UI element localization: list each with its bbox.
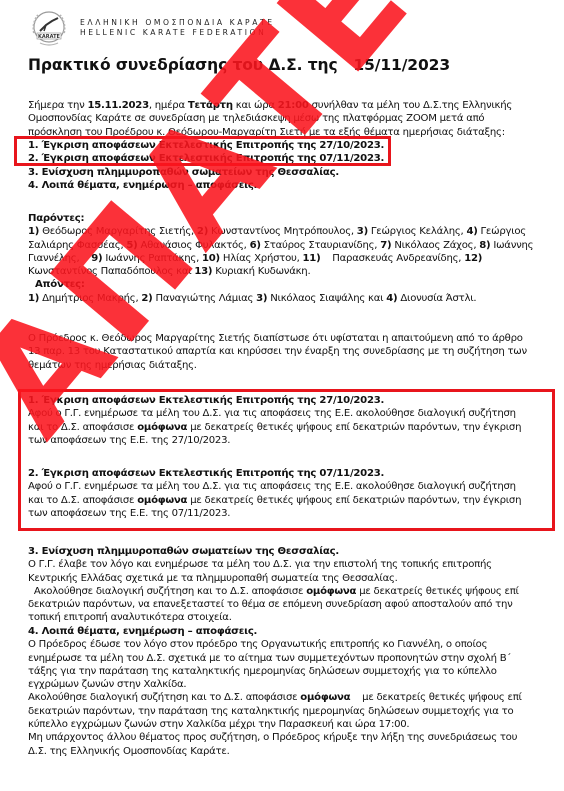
item-4-line: Ο Πρόεδρος έδωσε τον λόγο στον πρόεδρο τ… <box>28 638 558 651</box>
present-heading: Παρόντες: <box>28 212 558 225</box>
item-1-line: και το Δ.Σ. αποφάσισε ομόφωνα με δεκατρε… <box>28 421 558 434</box>
svg-text:KARATE: KARATE <box>38 34 60 40</box>
quorum-line: Ο Πρόεδρος κ. Θεόδωρος Μαργαρίτης Σιετής… <box>28 332 558 345</box>
agenda-item: 1. Έγκριση αποφάσεων Εκτελεστικής Επιτρο… <box>28 139 558 152</box>
org-name-english: HELLENIC KARATE FEDERATION <box>80 28 275 38</box>
quorum-paragraph: Ο Πρόεδρος κ. Θεόδωρος Μαργαρίτης Σιετής… <box>28 332 558 372</box>
item-3-line: Ο Γ.Γ. έλαβε τον λόγο και ενημέρωσε τα μ… <box>28 558 558 571</box>
agenda-item: 3. Ενίσχυση πλημμυροπαθών σωματείων της … <box>28 166 558 179</box>
item-3-line: Κεντρικής Ελλάδας σχετικά με τα πλημμυρο… <box>28 572 558 585</box>
present-line: Γιαννέλης, 9) Ιωάννης Ραπτάκης, 10) Ηλία… <box>28 252 558 265</box>
item-4-line: ενημέρωσε τα μέλη του Δ.Σ. σχετικά με το… <box>28 652 558 665</box>
intro-line: Σήμερα την 15.11.2023, ημέρα Τετάρτη και… <box>28 99 558 112</box>
item-4-line: εγχρώμων ζωνών στην Χαλκίδα. <box>28 678 558 691</box>
item-4-line: τάξης για την παράταση της καταληκτικής … <box>28 665 558 678</box>
agenda-list: 1. Έγκριση αποφάσεων Εκτελεστικής Επιτρο… <box>28 139 558 192</box>
federation-logo: KARATE <box>28 7 70 49</box>
document-page: KARATE ΕΛΛΗΝΙΚΗ ΟΜΟΣΠΟΝΔΙΑ ΚΑΡΑΤΕ HELLEN… <box>0 0 564 791</box>
agenda-item: 2. Έγκριση αποφάσεων Εκτελεστικής Επιτρο… <box>28 152 558 165</box>
karate-logo-icon: KARATE <box>28 7 70 49</box>
item-4-line: Ακολούθησε διαλογική συζήτηση και το Δ.Σ… <box>28 691 558 704</box>
quorum-line: 13 παρ. 13 του Καταστατικού απαρτία και … <box>28 345 558 358</box>
item-4-line: Δ.Σ. της Ελληνικής Ομοσπονδίας Καράτε. <box>28 745 558 758</box>
agenda-item: 4. Λοιπά θέματα, ενημέρωση – αποφάσεις. <box>28 179 558 192</box>
organization-name: ΕΛΛΗΝΙΚΗ ΟΜΟΣΠΟΝΔΙΑ ΚΑΡΑΤΕ HELLENIC KARA… <box>80 18 275 38</box>
item-1-line: των αποφάσεων της Ε.Ε. της 27/10/2023. <box>28 434 558 447</box>
item-1-section: 1. Έγκριση αποφάσεων Εκτελεστικής Επιτρο… <box>28 394 558 447</box>
present-line: 1) Θεόδωρος Μαργαρίτης Σιετής, 2) Κωνστα… <box>28 225 558 238</box>
intro-line: Ομοσπονδίας Καράτε σε συνεδρίαση με τηλε… <box>28 112 558 125</box>
letterhead: KARATE ΕΛΛΗΝΙΚΗ ΟΜΟΣΠΟΝΔΙΑ ΚΑΡΑΤΕ HELLEN… <box>28 6 275 50</box>
item-3-line: Ακολούθησε διαλογική συζήτηση και το Δ.Σ… <box>28 585 558 598</box>
page-title: Πρακτικό συνεδρίασης του Δ.Σ. της 15/11/… <box>28 56 450 74</box>
item-1-heading: 1. Έγκριση αποφάσεων Εκτελεστικής Επιτρο… <box>28 394 558 407</box>
item-4-line: δεκατριών παρόντων, την παράταση της κατ… <box>28 705 558 718</box>
quorum-line: θεμάτων της ημερήσιας διάταξης. <box>28 359 558 372</box>
item-1-line: Αφού ο Γ.Γ. ενημέρωσε τα μέλη του Δ.Σ. γ… <box>28 407 558 420</box>
present-line: Κωνσταντίνος Παπαδόπουλος και 13) Κυριακ… <box>28 265 558 278</box>
item-3-section: 3. Ενίσχυση πλημμυροπαθών σωματείων της … <box>28 545 558 625</box>
item-2-line: Αφού ο Γ.Γ. ενημέρωσε τα μέλη του Δ.Σ. γ… <box>28 480 558 493</box>
item-4-line: κύπελλο εγχρώμων ζωνών στην Χαλκίδα μέχρ… <box>28 718 558 731</box>
absent-line: 1) Δημήτριος Μακρής, 2) Παναγιώτης Λάμια… <box>28 292 558 305</box>
present-line: Σαλιάρης Φασσέας, 5) Αθανάσιος Φυλακτός,… <box>28 239 558 252</box>
org-name-greek: ΕΛΛΗΝΙΚΗ ΟΜΟΣΠΟΝΔΙΑ ΚΑΡΑΤΕ <box>80 18 275 28</box>
item-4-section: 4. Λοιπά θέματα, ενημέρωση – αποφάσεις. … <box>28 625 558 758</box>
intro-line: πρόσκληση του Προέδρου κ. Θεόδωρου-Μαργα… <box>28 126 558 139</box>
item-2-line: των αποφάσεων της Ε.Ε. της 07/11/2023. <box>28 507 558 520</box>
present-section: Παρόντες: 1) Θεόδωρος Μαργαρίτης Σιετής,… <box>28 212 558 305</box>
item-4-heading: 4. Λοιπά θέματα, ενημέρωση – αποφάσεις. <box>28 625 558 638</box>
item-4-line: Μη υπάρχοντος άλλου θέματος προς συζήτησ… <box>28 731 558 744</box>
item-2-heading: 2. Έγκριση αποφάσεων Εκτελεστικής Επιτρο… <box>28 467 558 480</box>
item-3-heading: 3. Ενίσχυση πλημμυροπαθών σωματείων της … <box>28 545 558 558</box>
intro-paragraph: Σήμερα την 15.11.2023, ημέρα Τετάρτη και… <box>28 99 558 139</box>
item-2-section: 2. Έγκριση αποφάσεων Εκτελεστικής Επιτρο… <box>28 467 558 520</box>
item-3-line: δεκατριών παρόντων, να επανεξεταστεί το … <box>28 598 558 611</box>
absent-heading: Απόντες: <box>28 278 558 291</box>
item-2-line: και το Δ.Σ. αποφάσισε ομόφωνα με δεκατρε… <box>28 494 558 507</box>
item-3-line: τοπική επιτροπή αναλυτικότερα στοιχεία. <box>28 611 558 624</box>
